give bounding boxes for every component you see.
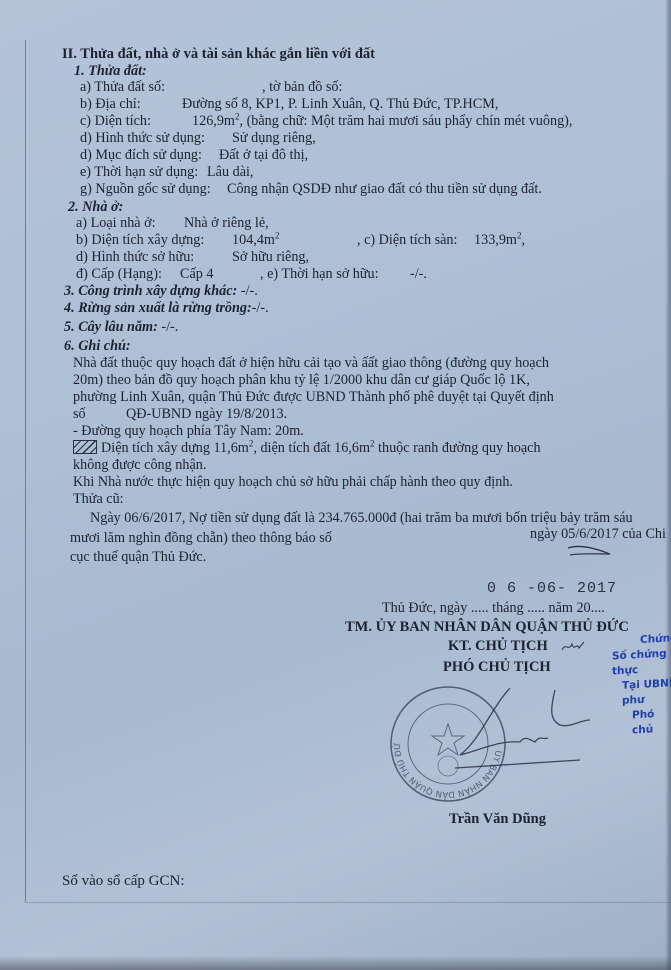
cert-line: Tại UBND phư: [622, 676, 671, 709]
note-line: - Đường quy hoạch phía Tây Nam: 20m.: [73, 423, 304, 440]
use-form-label: d) Hình thức sử dụng:: [80, 130, 205, 147]
sq-sup: 2: [517, 230, 522, 240]
map-sheet-label: , tờ bản đồ số:: [262, 79, 342, 96]
address-value: Đường số 8, KP1, P. Linh Xuân, Q. Thủ Đứ…: [182, 96, 498, 113]
section-title: II. Thửa đất, nhà ở và tài sản khác gắn …: [62, 46, 375, 63]
note-line: phường Linh Xuân, quận Thủ Đức được UBND…: [73, 389, 554, 406]
page-border-bottom: [25, 902, 671, 903]
not-recognized: không được công nhận.: [73, 457, 206, 474]
page-bottom-shadow: [0, 956, 671, 970]
perennial-label: 5. Cây lâu năm:: [64, 319, 158, 335]
ownership-label: d) Hình thức sở hữu:: [76, 249, 194, 266]
term-value: Lâu dài,: [207, 164, 253, 181]
decision-prefix: số: [73, 406, 86, 423]
perennial: 5. Cây lâu năm: -/-.: [64, 319, 178, 336]
address-label: b) Địa chỉ:: [80, 96, 141, 113]
comply-note: Khi Nhà nước thực hiện quy hoạch chủ sở …: [73, 474, 513, 491]
page-edge-shadow: [665, 0, 671, 970]
note-line: 20m) theo bản đồ quy hoạch phân khu tỷ l…: [73, 372, 530, 389]
ownership-value: Sở hữu riêng,: [232, 249, 309, 266]
forest: 4. Rừng sản xuất là rừng trồng:-/-.: [64, 300, 269, 317]
sq-sup: 2: [275, 230, 280, 240]
area-label: c) Diện tích:: [80, 113, 151, 130]
gcn-registry-number: Số vào sổ cấp GCN:: [62, 873, 185, 890]
floor-area-label: , c) Diện tích sàn:: [357, 232, 457, 249]
build-area-number: 104,4m: [232, 232, 275, 248]
house-heading: 2. Nhà ở:: [68, 199, 123, 216]
grade-label: đ) Cấp (Hạng):: [76, 266, 162, 283]
floor-area-number: 133,9m: [474, 232, 517, 248]
land-heading: 1. Thửa đất:: [74, 63, 147, 80]
own-term-value: -/-.: [410, 266, 427, 283]
hatch-legend-icon: [73, 440, 97, 454]
signer-name: Trần Văn Dũng: [449, 811, 546, 828]
hatch-text-2: , diện tích đất 16,6m: [253, 440, 370, 456]
cert-line: Chứng: [640, 631, 671, 648]
build-area-label: b) Diện tích xây dựng:: [76, 232, 204, 249]
term-label: e) Thời hạn sử dụng:: [80, 164, 198, 181]
build-area-value: 104,4m2: [232, 232, 279, 249]
note-line: QĐ-UBND ngày 19/8/2013.: [126, 406, 287, 423]
floor-area-value: 133,9m2,: [474, 232, 525, 249]
on-behalf-of: KT. CHỦ TỊCH: [448, 638, 548, 655]
forest-label: 4. Rừng sản xuất là rừng trồng:: [64, 300, 252, 316]
hatched-area-note: Diện tích xây dựng 11,6m2, diện tích đất…: [73, 440, 541, 457]
debt-line: cục thuế quận Thủ Đức.: [70, 549, 206, 566]
stamped-date: 0 6 -06- 2017: [487, 580, 617, 597]
cert-line: Số chứng thực: [612, 646, 671, 679]
use-form-value: Sử dụng riêng,: [232, 130, 316, 147]
other-works: 3. Công trình xây dựng khác: -/-.: [64, 283, 258, 300]
place-date: Thủ Đức, ngày ..... tháng ..... năm 20..…: [382, 600, 605, 617]
signer-title: PHÓ CHỦ TỊCH: [443, 659, 551, 676]
initials-mark: [560, 638, 590, 656]
area-number: 126,9m: [192, 113, 235, 129]
grade-value: Cấp 4: [180, 266, 214, 283]
old-parcel: Thửa cũ:: [73, 491, 124, 508]
hatch-text: Diện tích xây dựng 11,6m: [101, 440, 249, 456]
purpose-label: d) Mục đích sử dụng:: [80, 147, 202, 164]
note-line: Nhà đất thuộc quy hoạch đất ở hiện hữu c…: [73, 355, 549, 372]
cert-line: Phó chủ: [632, 706, 671, 738]
page-border-left: [25, 40, 26, 902]
area-words: , (bằng chữ: Một trăm hai mươi sáu phẩy …: [239, 113, 572, 129]
issuing-org: TM. ỦY BAN NHÂN DÂN QUẬN THỦ ĐỨC: [345, 619, 629, 636]
parcel-number-label: a) Thửa đất số:: [80, 79, 165, 96]
other-works-value: -/-.: [237, 283, 258, 299]
debt-line: Ngày 06/6/2017, Nợ tiền sử dụng đất là 2…: [90, 510, 633, 527]
signature-scribble: [450, 680, 590, 775]
forest-value: -/-.: [252, 300, 269, 316]
house-type-label: a) Loại nhà ở:: [76, 215, 156, 232]
purpose-value: Đất ở tại đô thị,: [219, 147, 308, 164]
handwritten-mark: [560, 540, 620, 564]
house-type-value: Nhà ở riêng lẻ,: [184, 215, 269, 232]
notes-heading: 6. Ghi chú:: [64, 338, 131, 355]
origin-label: g) Nguồn gốc sử dụng:: [80, 181, 211, 198]
origin-value: Công nhận QSDĐ như giao đất có thu tiền …: [227, 181, 542, 198]
hatch-text-3: thuộc ranh đường quy hoạch: [374, 440, 540, 456]
area-value: 126,9m2, (bằng chữ: Một trăm hai mươi sá…: [192, 113, 572, 130]
perennial-value: -/-.: [158, 319, 179, 335]
certification-stamp: Chứng Số chứng thực Tại UBND phư Phó chủ: [640, 631, 671, 738]
debt-line: mươi lăm nghìn đồng chẵn) theo thông báo…: [70, 530, 332, 547]
other-works-label: 3. Công trình xây dựng khác:: [64, 283, 237, 299]
own-term-label: , e) Thời hạn sở hữu:: [260, 266, 379, 283]
